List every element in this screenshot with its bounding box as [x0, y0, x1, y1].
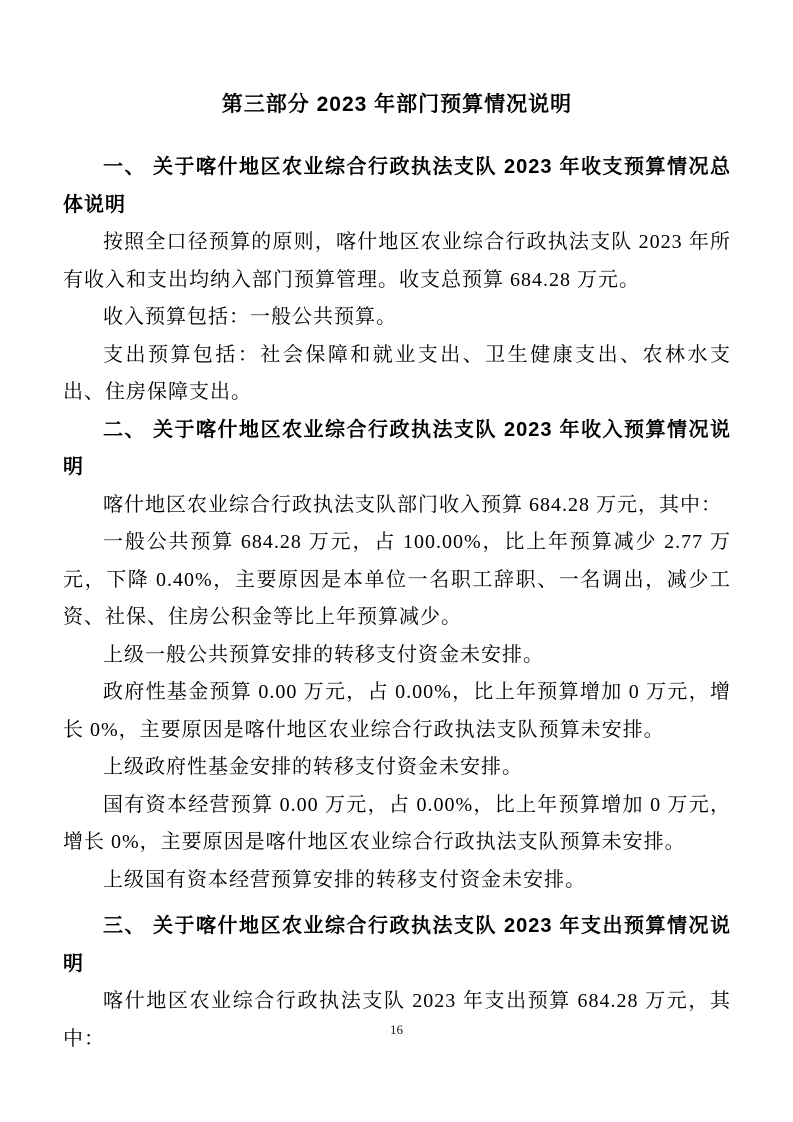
document-content: 第三部分 2023 年部门预算情况说明 一、 关于喀什地区农业综合行政执法支队 …: [63, 86, 731, 1058]
section-2-paragraph: 上级一般公共预算安排的转移支付资金未安排。: [63, 637, 731, 675]
section-1-paragraph: 收入预算包括：一般公共预算。: [63, 299, 731, 337]
section-2-heading: 二、 关于喀什地区农业综合行政执法支队 2023 年收入预算情况说明: [63, 412, 731, 487]
section-2-paragraph: 国有资本经营预算 0.00 万元，占 0.00%，比上年预算增加 0 万元，增长…: [63, 787, 731, 862]
section-2-paragraph: 喀什地区农业综合行政执法支队部门收入预算 684.28 万元，其中：: [63, 487, 731, 525]
section-3-heading: 三、 关于喀什地区农业综合行政执法支队 2023 年支出预算情况说明: [63, 908, 731, 983]
section-1-heading: 一、 关于喀什地区农业综合行政执法支队 2023 年收支预算情况总体说明: [63, 149, 731, 224]
section-3-paragraph: 喀什地区农业综合行政执法支队 2023 年支出预算 684.28 万元，其中：: [63, 983, 731, 1058]
section-2-paragraph: 一般公共预算 684.28 万元，占 100.00%，比上年预算减少 2.77 …: [63, 524, 731, 637]
section-1-paragraph: 支出预算包括：社会保障和就业支出、卫生健康支出、农林水支出、住房保障支出。: [63, 337, 731, 412]
section-2-paragraph: 政府性基金预算 0.00 万元，占 0.00%，比上年预算增加 0 万元，增长 …: [63, 674, 731, 749]
section-1-paragraph: 按照全口径预算的原则，喀什地区农业综合行政执法支队 2023 年所有收入和支出均…: [63, 224, 731, 299]
document-title: 第三部分 2023 年部门预算情况说明: [63, 86, 731, 124]
section-2-paragraph: 上级国有资本经营预算安排的转移支付资金未安排。: [63, 862, 731, 900]
document-page: 第三部分 2023 年部门预算情况说明 一、 关于喀什地区农业综合行政执法支队 …: [0, 0, 793, 1122]
section-2-paragraph: 上级政府性基金安排的转移支付资金未安排。: [63, 749, 731, 787]
page-number: 16: [0, 1022, 793, 1038]
